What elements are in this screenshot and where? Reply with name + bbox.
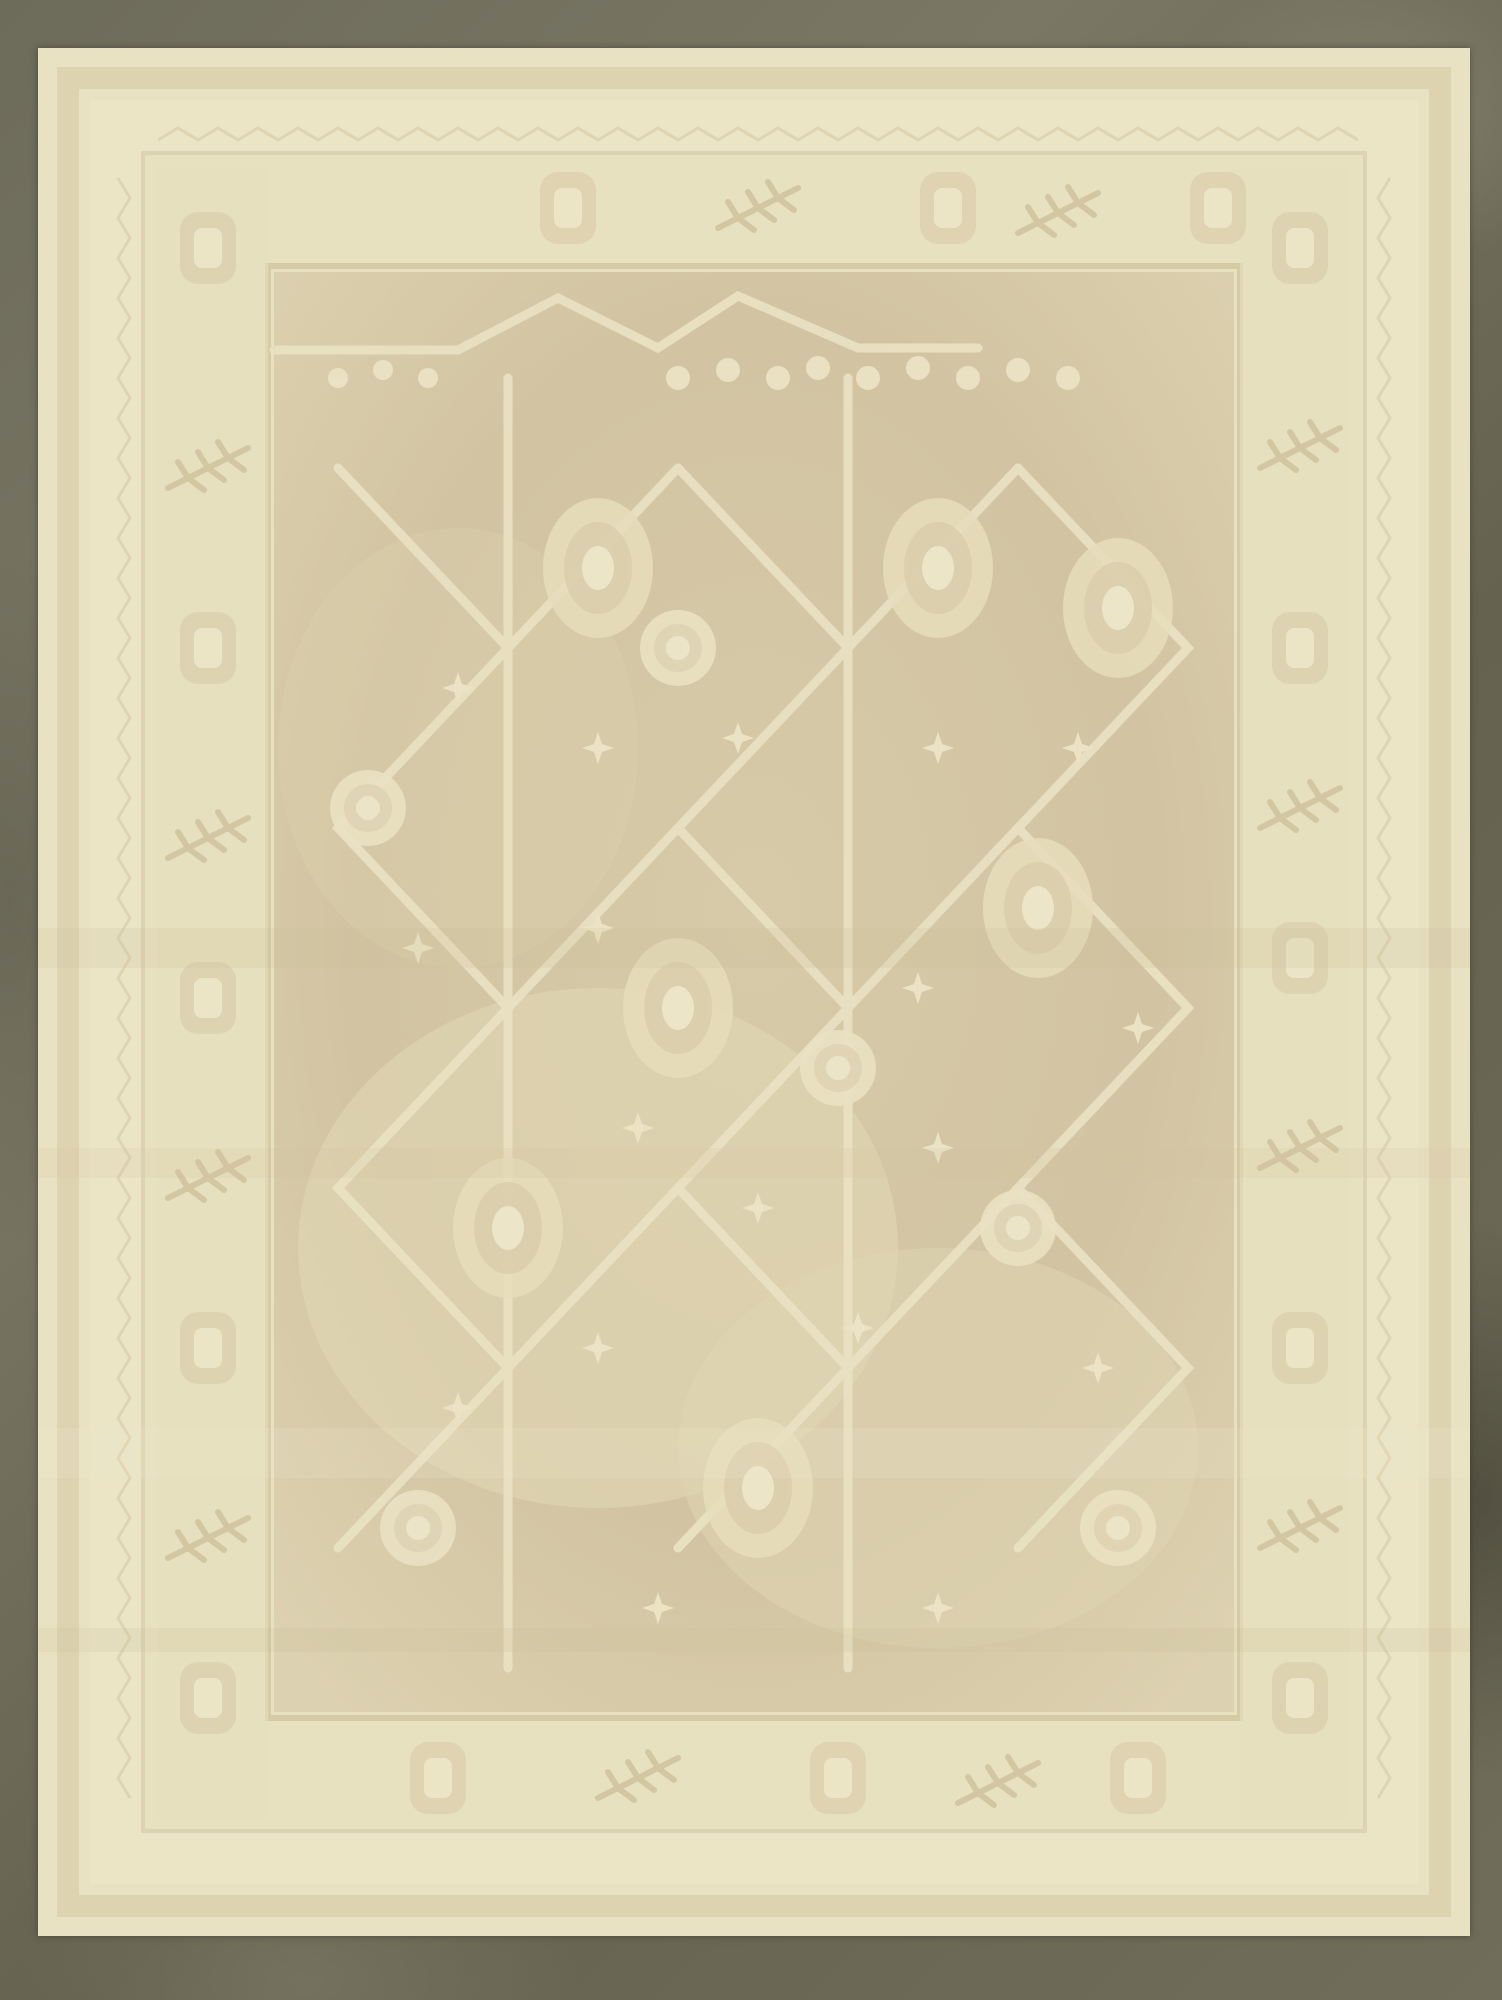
photo-scene [0,0,1502,2000]
rug [38,48,1470,1936]
rug-pattern [38,48,1470,1936]
